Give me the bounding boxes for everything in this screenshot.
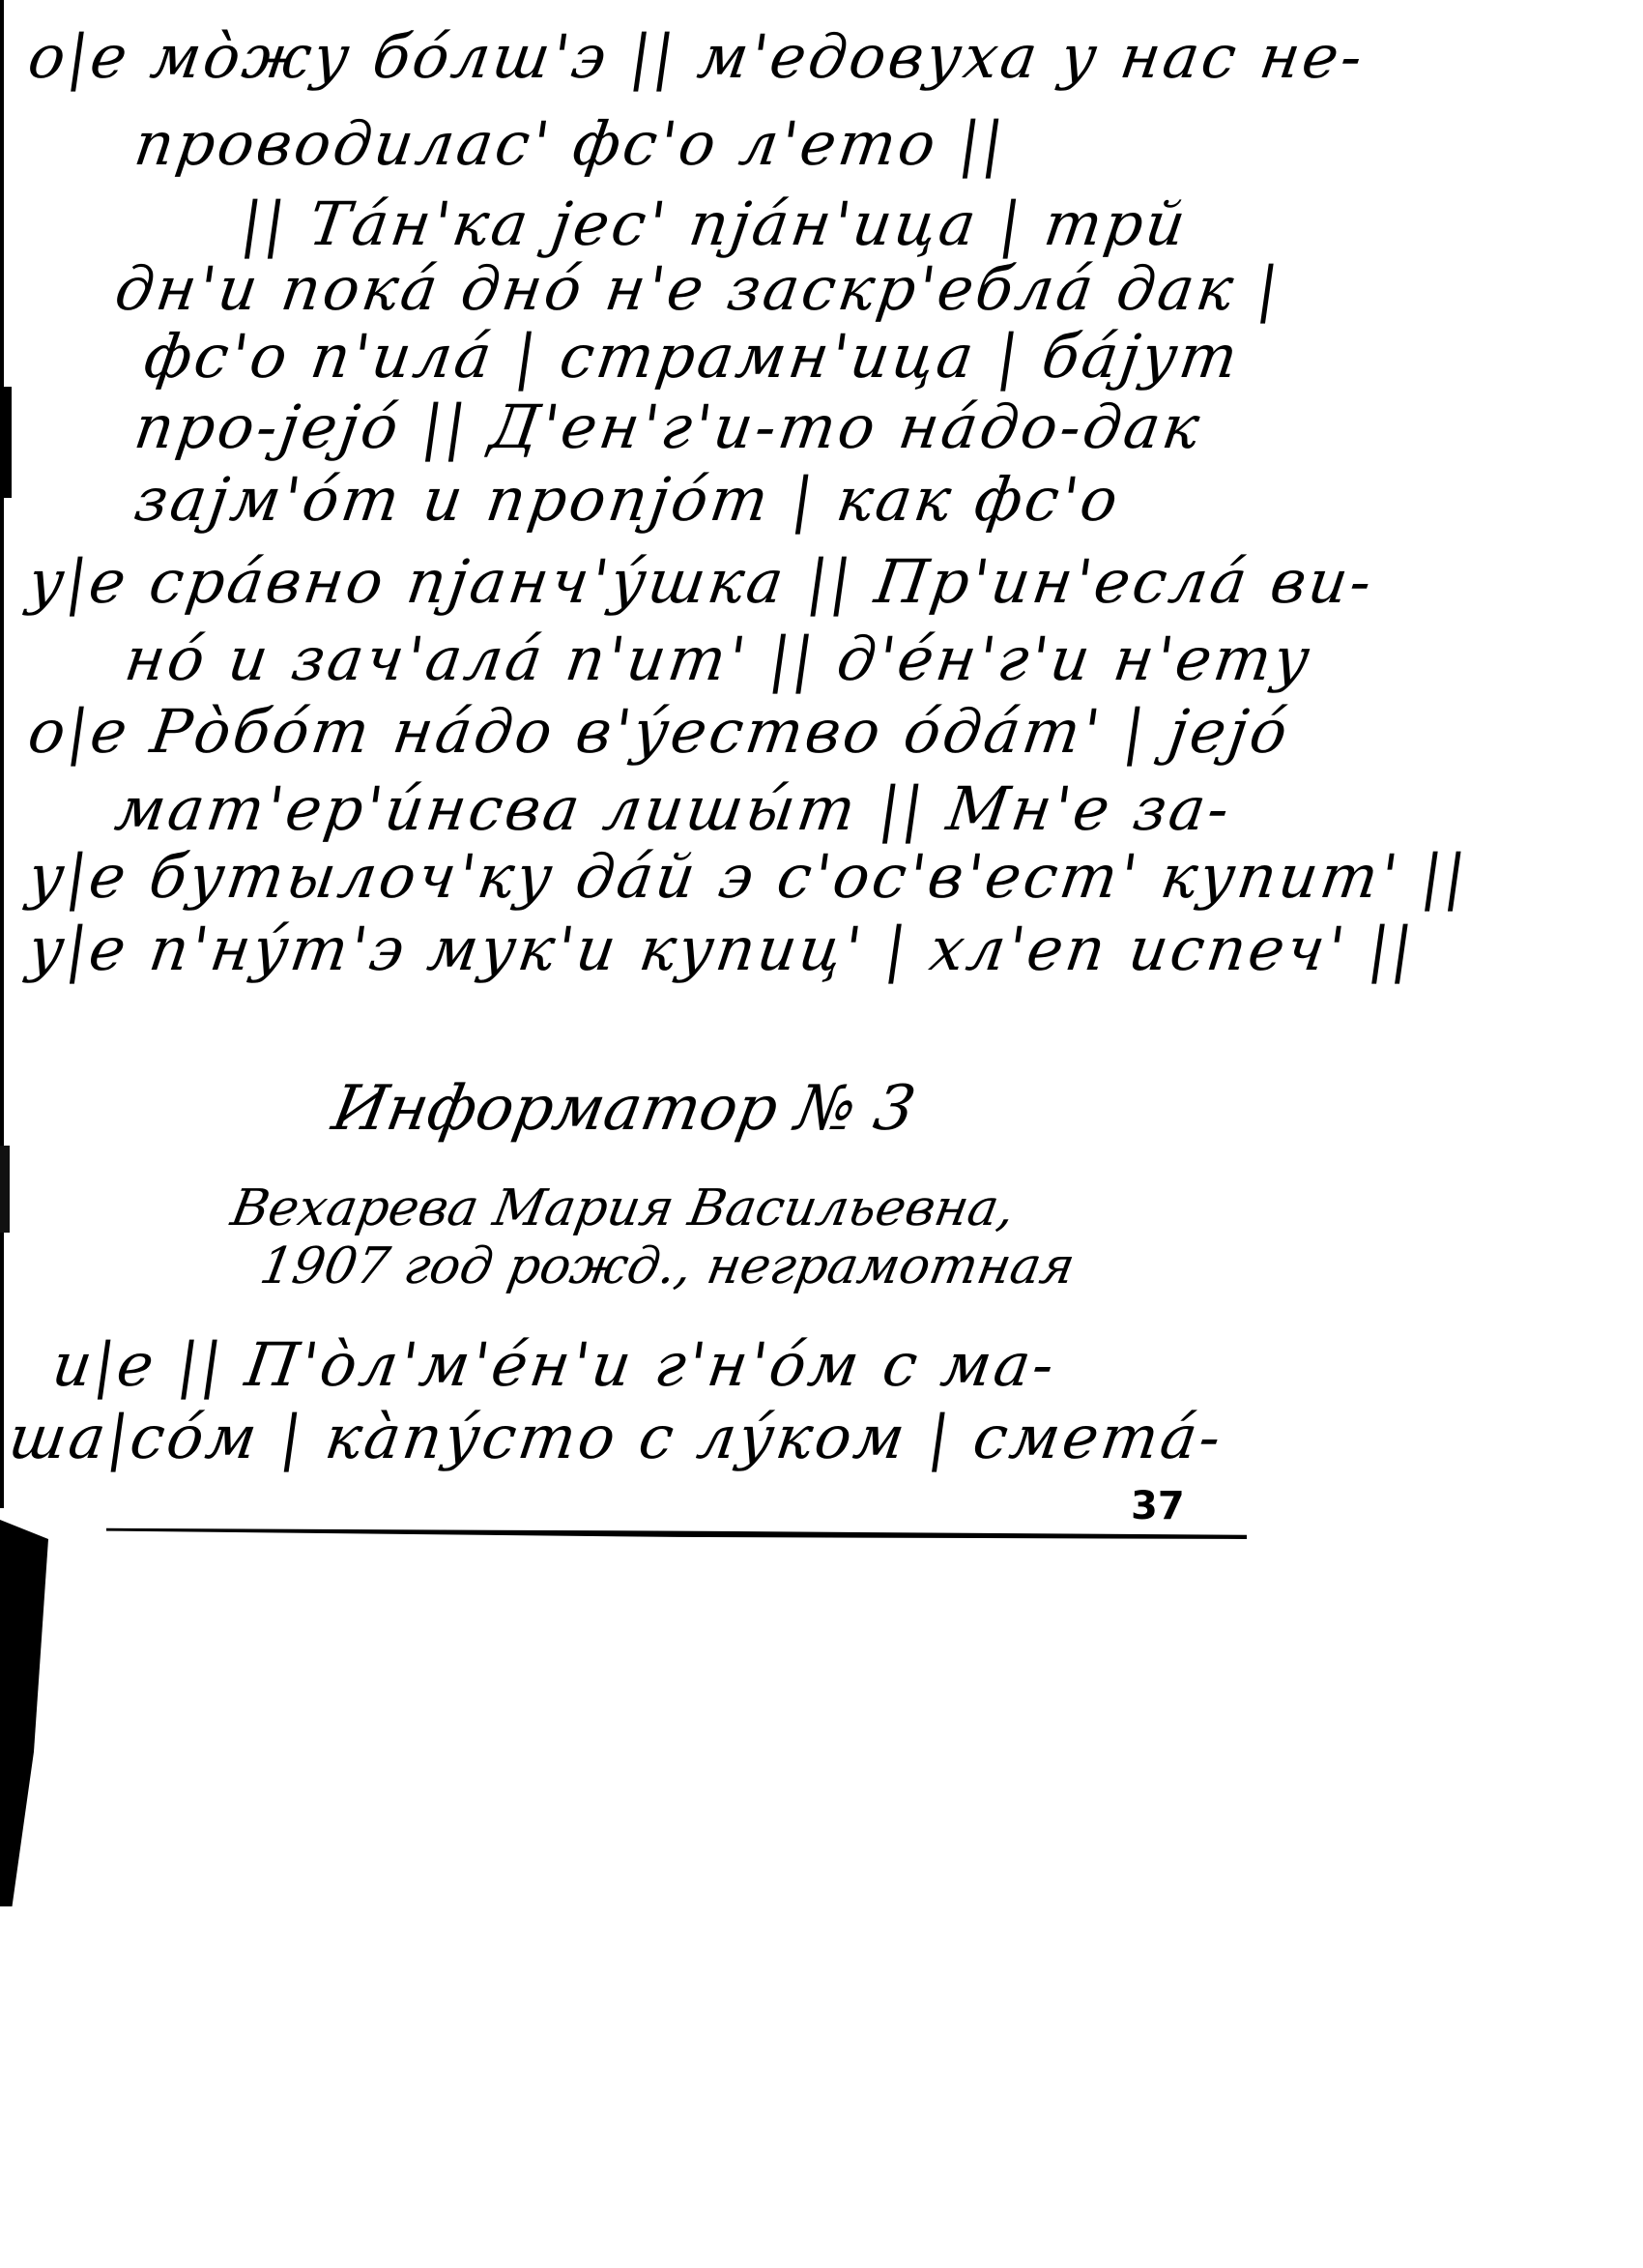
scan-shadow — [0, 1520, 48, 1906]
scan-left-edge — [0, 0, 4, 1508]
page-number: 37 — [1131, 1484, 1185, 1528]
scan-page-edge — [106, 1526, 1247, 1539]
text-line: о|е мо̀жу бо́лш'э || м'едовуха у нас не- — [24, 21, 1369, 92]
informant-name: Вехарева Мария Васильевна, — [227, 1179, 1020, 1237]
text-line: про-јејо́ || Д'ен'г'и-то на́до-дак — [130, 392, 1207, 462]
text-line: || Та́н'ка јес' пја́н'ица | трй — [237, 189, 1193, 259]
scan-binding-mark — [0, 1146, 10, 1233]
text-line: у|е п'ну́т'э мук'и купиц' | хл'еп испеч'… — [24, 914, 1420, 984]
scan-binding-mark — [0, 387, 12, 498]
text-line: мат'ер'и́нсва лишы́т || Мн'е за- — [111, 773, 1236, 844]
text-line: зајм'о́т и пропјо́т | как фс'о — [130, 464, 1125, 535]
text-line: но́ и зач'ала́ п'ит' || д'е́н'г'и н'ету — [121, 624, 1316, 694]
text-line: ша|со́м | ка̀пу́сто с лу́ком | смета́- — [5, 1402, 1227, 1472]
informant-details: 1907 год рожд., неграмотная — [256, 1237, 1080, 1295]
text-line: о|е Ро̀бо́т на́до в'у́ество о́да́т' | је… — [24, 696, 1294, 767]
scanned-page: о|е мо̀жу бо́лш'э || м'едовуха у нас не-… — [0, 0, 1643, 2268]
text-line: дн'и пока́ дно́ н'е заскр'ебла́ дак | — [111, 253, 1285, 324]
text-line: у|е бутылоч'ку да́й э с'ос'в'ест' купит'… — [24, 841, 1473, 912]
text-line: у|е сра́вно пјанч'у́шка || Пр'ин'есла́ в… — [24, 546, 1378, 617]
text-line: фс'о п'ила́ | страмн'ица | ба́јут — [140, 321, 1245, 392]
informant-heading: Информатор № 3 — [327, 1073, 920, 1145]
text-line: проводилас' фс'о л'ето || — [130, 108, 1011, 179]
text-line: и|е || П'о̀л'м'е́н'и г'н'о́м с ма- — [48, 1329, 1061, 1400]
